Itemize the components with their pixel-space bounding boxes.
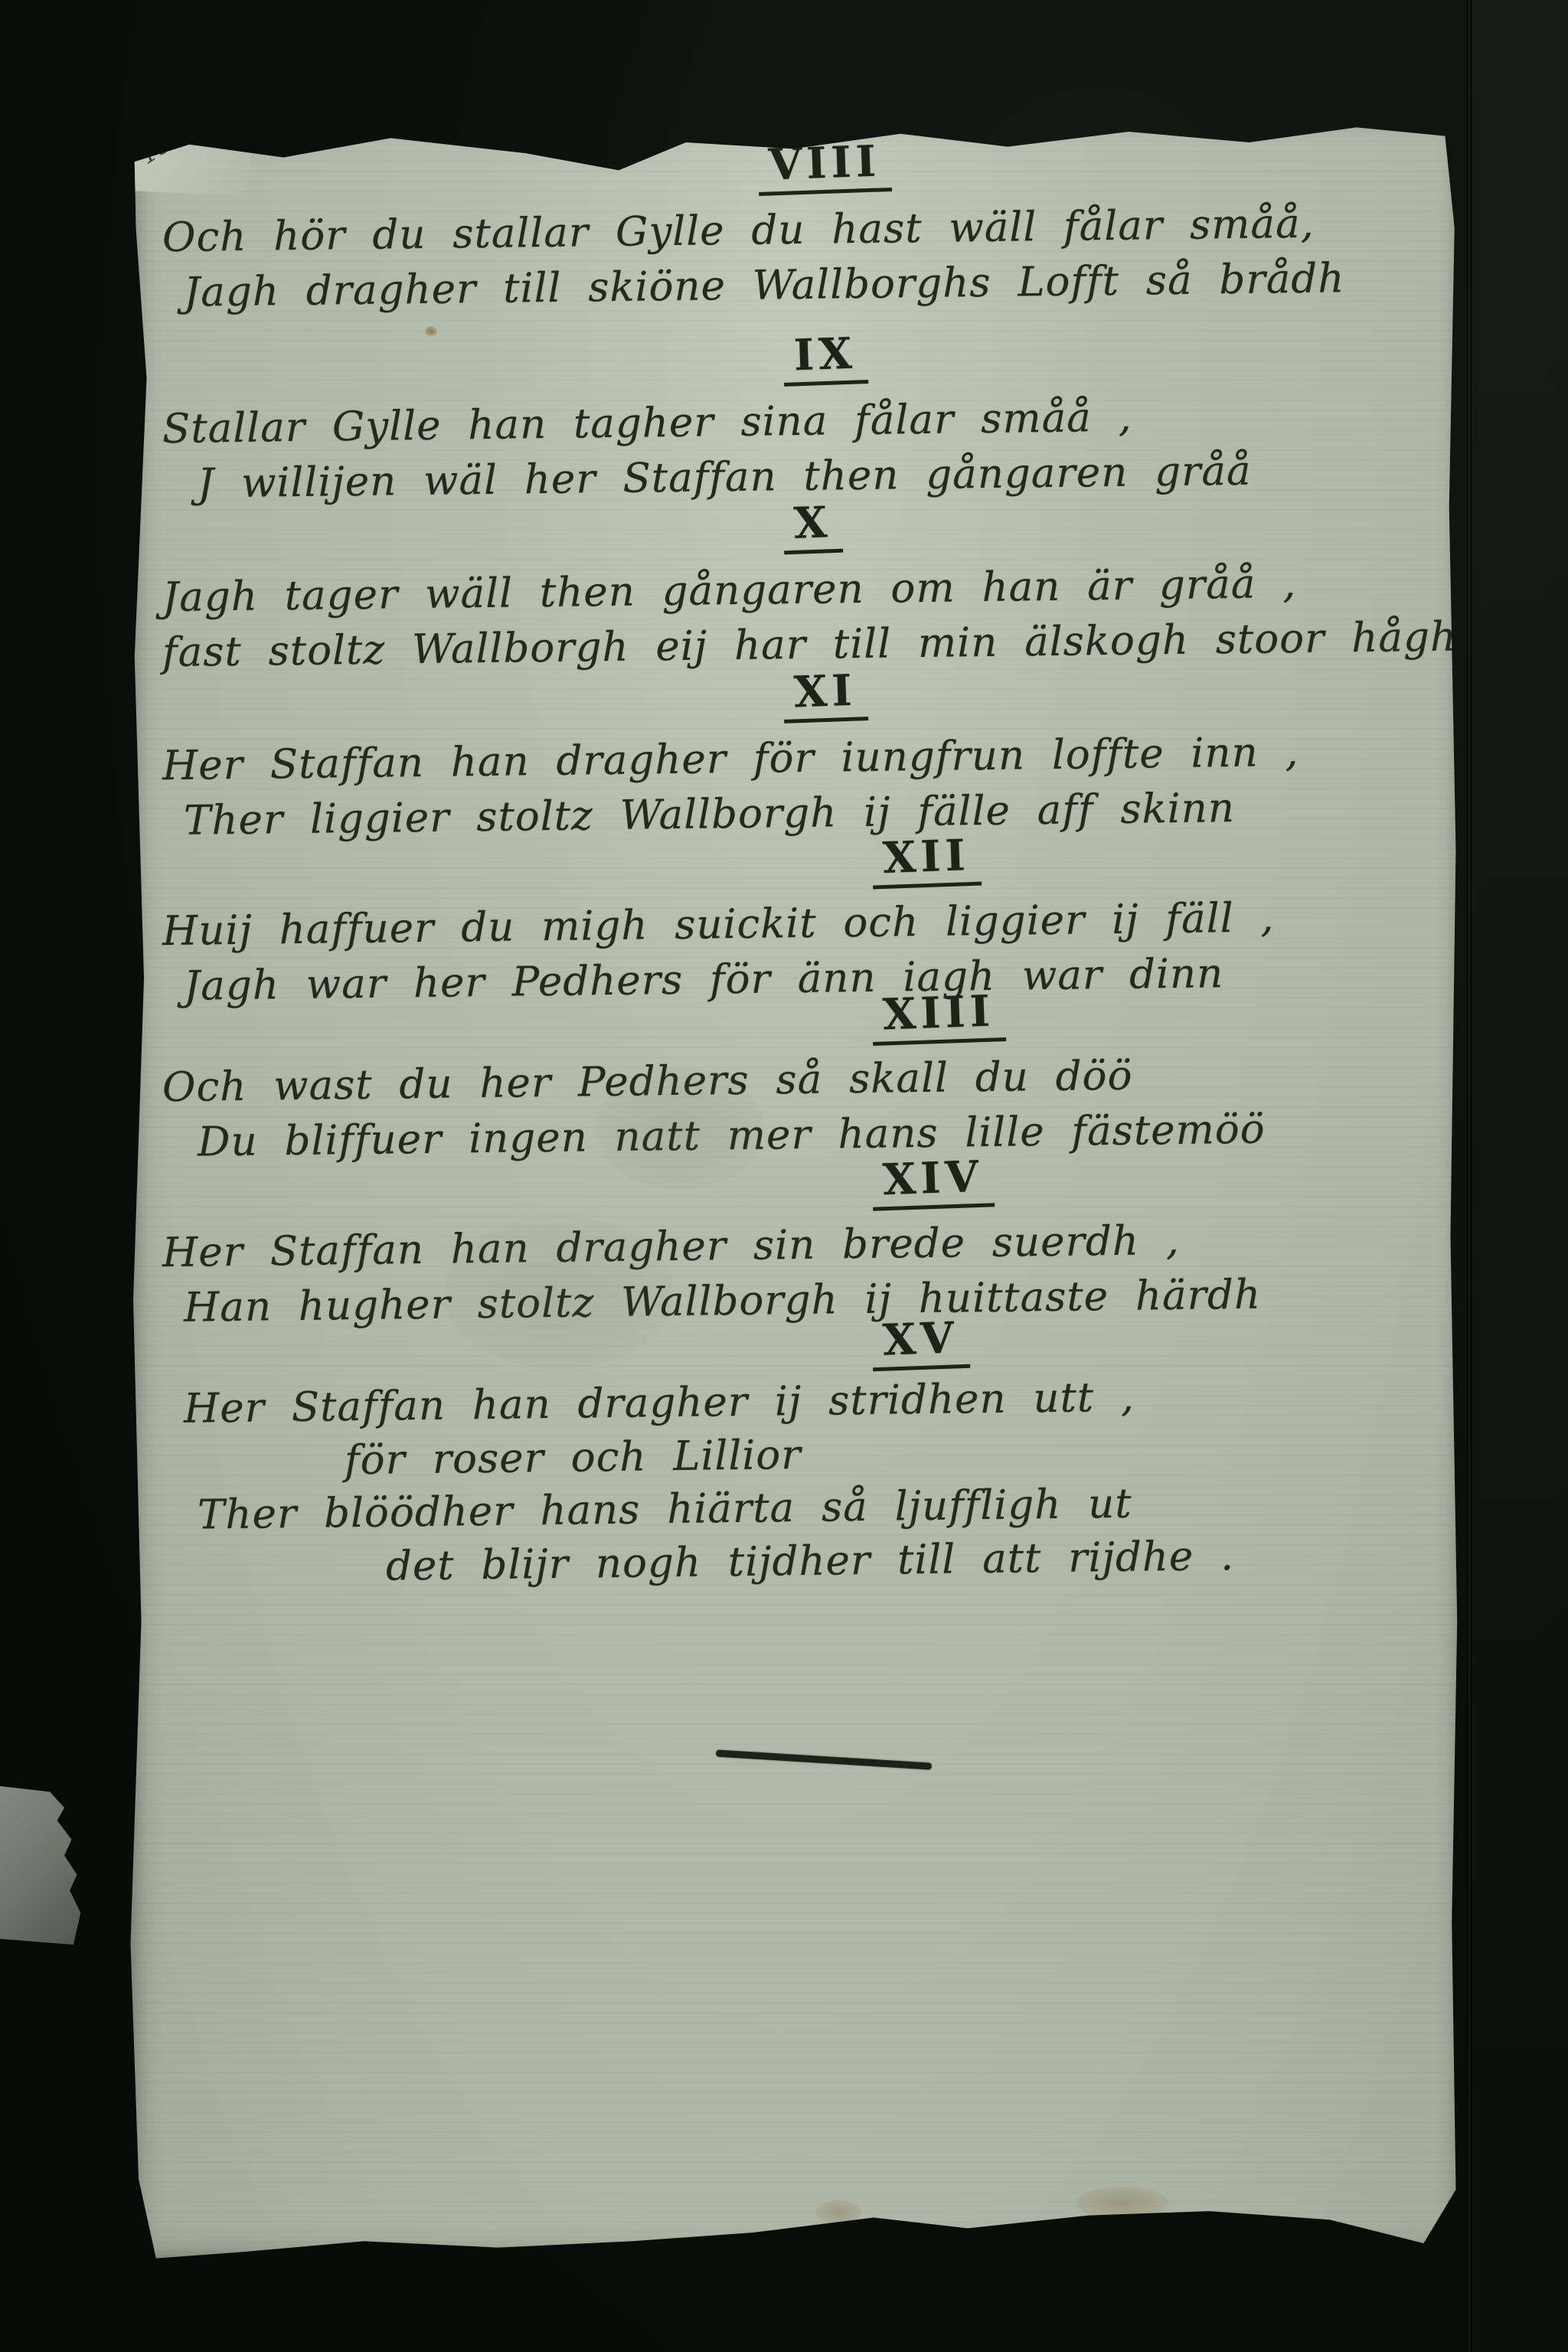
stanza-xv: XV Her Staffan han dragher ij stridhen u… bbox=[162, 1314, 1430, 1583]
stanza-viii: VIII Och hör du stallar Gylle du hast wä… bbox=[162, 138, 1430, 306]
verse-line: för roser och Lillior bbox=[162, 1426, 1431, 1485]
stanza-number: XI bbox=[782, 665, 868, 724]
stanza-number: X bbox=[782, 497, 844, 555]
stanza-xii: XII Huij haffuer du migh suickit och lig… bbox=[162, 831, 1430, 1000]
stanza-number: VIII bbox=[757, 136, 892, 196]
stanza-number: XII bbox=[871, 830, 982, 890]
showthrough-smudge bbox=[596, 1067, 764, 1190]
adjacent-page-shadow bbox=[1472, 0, 1568, 2352]
stanza-ix: IX Stallar Gylle han tagher sina fålar s… bbox=[162, 329, 1430, 498]
verse-line: Jagh dragher till skiöne Wallborghs Loff… bbox=[162, 256, 1431, 315]
edge-stain bbox=[1076, 2187, 1168, 2219]
stanza-number: IX bbox=[782, 328, 868, 387]
manuscript-page: 138 b VIII Och hör du stallar Gylle du h… bbox=[122, 121, 1464, 2265]
tape-fragment bbox=[0, 1785, 84, 1945]
stanza-xi: XI Her Staffan han dragher för iungfrun … bbox=[162, 666, 1430, 835]
photograph-background: 138 b VIII Och hör du stallar Gylle du h… bbox=[0, 0, 1568, 2352]
verse-line: Och wast du her Pedhers så skall du döö bbox=[162, 1051, 1431, 1109]
verse-line: Ther blöödher hans hiärta så ljuffligh u… bbox=[162, 1479, 1431, 1537]
verse-line: Och hör du stallar Gylle du hast wäll få… bbox=[162, 201, 1431, 260]
ink-fleck bbox=[425, 326, 437, 336]
end-rule bbox=[716, 1749, 932, 1769]
verse-line: Jagh tager wäll then gångaren om han är … bbox=[162, 561, 1431, 619]
showthrough-smudge bbox=[444, 1216, 674, 1369]
book-gutter-seam bbox=[1467, 0, 1472, 2352]
edge-stain bbox=[815, 2200, 861, 2223]
stanza-xiv: XIV Her Staffan han dragher sin brede su… bbox=[162, 1153, 1430, 1321]
stanza-x: X Jagh tager wäll then gångaren om han ä… bbox=[162, 498, 1430, 666]
stanza-number: XV bbox=[871, 1312, 970, 1371]
verse-line: Stallar Gylle han tagher sina fålar småå… bbox=[162, 393, 1431, 451]
verse-line: Huij haffuer du migh suickit och liggier… bbox=[162, 895, 1431, 953]
verse-line: det blijr nogh tijdher till att rijdhe . bbox=[162, 1533, 1431, 1591]
verse-line: Her Staffan han dragher för iungfrun lof… bbox=[162, 730, 1431, 788]
verse-line: J willijen wäl her Staffan then gångaren… bbox=[162, 448, 1431, 506]
verse-line: Her Staffan han dragher ij stridhen utt … bbox=[162, 1373, 1431, 1431]
verse-line: Her Staffan han dragher sin brede suerdh… bbox=[162, 1217, 1431, 1275]
stanza-number: XIII bbox=[871, 985, 1006, 1046]
stanza-number: XIV bbox=[871, 1151, 995, 1211]
verse-line: fast stoltz Wallborgh eij har till min ä… bbox=[162, 616, 1431, 675]
stanza-xiii: XIII Och wast du her Pedhers så skall du… bbox=[162, 988, 1430, 1156]
